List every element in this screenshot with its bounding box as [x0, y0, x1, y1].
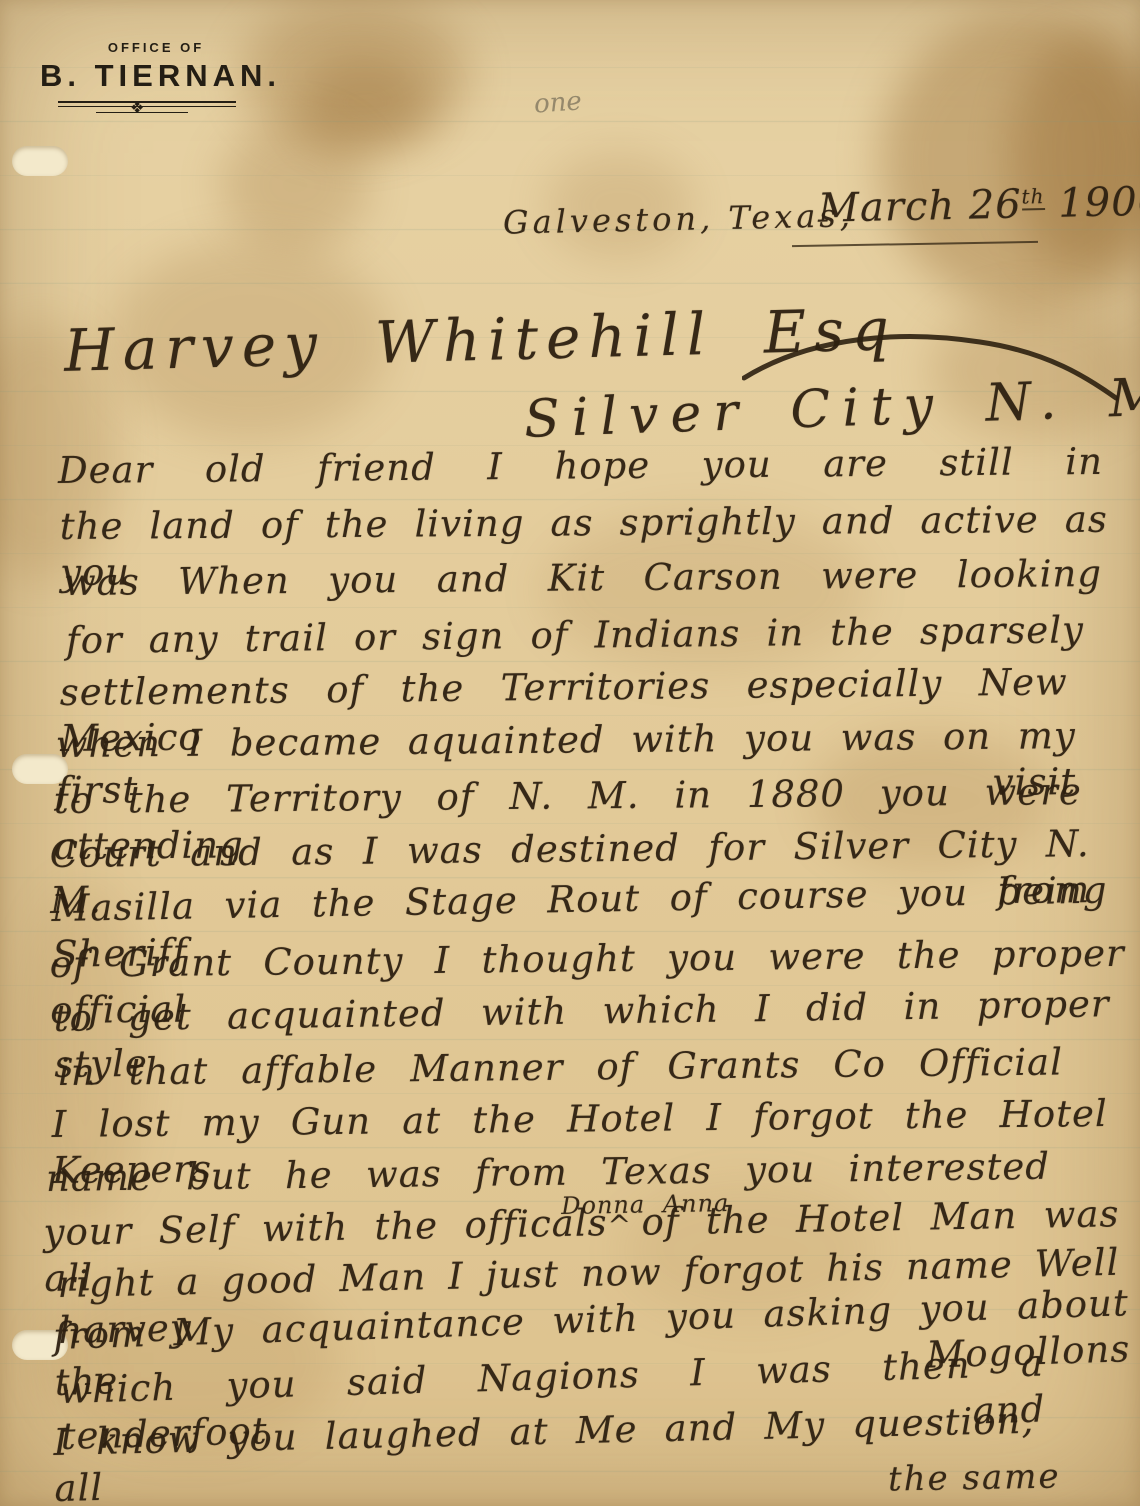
letter-line: Dear old friend I hope you are still in: [58, 439, 1103, 494]
letterhead-rule: [58, 101, 236, 107]
insertion-marker: Donna Anna^: [607, 1200, 642, 1247]
dateline-ordinal: th: [1021, 184, 1044, 210]
punch-hole-top: [12, 146, 68, 176]
letterhead-ornament-icon: ❖: [130, 98, 144, 117]
dateline-day: March 26: [818, 182, 1023, 232]
pencil-page-annotation: one: [533, 86, 583, 119]
letter-page: OFFICE OF B. TIERNAN. ❖ one Galveston, T…: [0, 0, 1140, 1506]
inserted-word: Donna Anna: [561, 1188, 730, 1221]
letterhead-office-of: OFFICE OF: [96, 40, 216, 55]
dateline-date: March 26th 1900.: [818, 178, 1140, 232]
letterhead-name: B. TIERNAN.: [40, 58, 281, 94]
dateline-year: 1900.: [1058, 178, 1140, 226]
dateline-place: Galveston, Texas,: [503, 196, 855, 241]
letter-line: was When you and Kit Carson were looking: [64, 551, 1102, 606]
insertion-line-pre: your Self with the officals: [43, 1201, 608, 1254]
closing-fragment: the same: [888, 1456, 1061, 1499]
